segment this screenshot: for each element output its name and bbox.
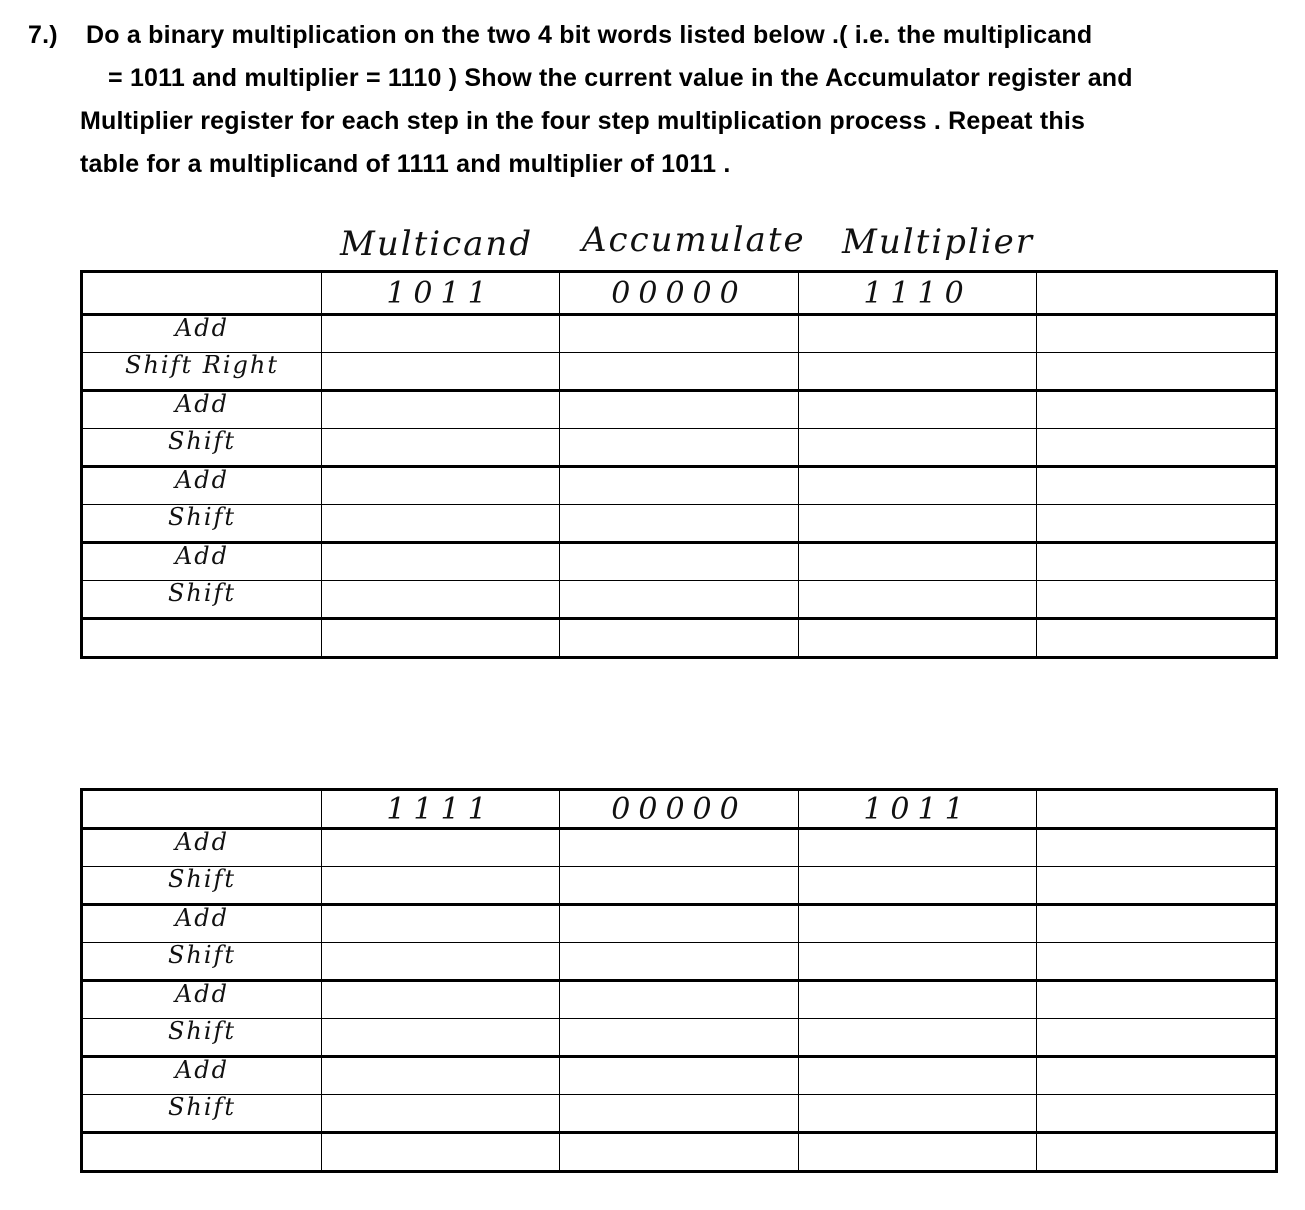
multiplicand-cell[interactable] — [322, 467, 560, 505]
multiplier-cell[interactable] — [799, 353, 1037, 391]
step-cell[interactable]: Add — [82, 829, 322, 867]
multiplier-cell[interactable] — [799, 1019, 1037, 1057]
extra-cell[interactable] — [1037, 867, 1277, 905]
multiplicand-cell[interactable] — [322, 429, 560, 467]
multiplier-cell[interactable] — [799, 905, 1037, 943]
accumulator-cell[interactable] — [560, 829, 799, 867]
table-row: Add — [82, 1057, 1277, 1095]
multiplier-cell[interactable] — [799, 981, 1037, 1019]
extra-cell[interactable] — [1037, 315, 1277, 353]
accumulator-cell[interactable] — [560, 981, 799, 1019]
table-row: Add — [82, 467, 1277, 505]
table-row-initial: 1111 00000 1011 — [82, 790, 1277, 829]
step-cell[interactable]: Shift — [82, 943, 322, 981]
multiplicand-cell[interactable] — [322, 867, 560, 905]
table-row: Shift — [82, 1019, 1277, 1057]
multiplicand-cell[interactable] — [322, 619, 560, 658]
step-cell[interactable] — [82, 1133, 322, 1172]
multiplier-cell[interactable] — [799, 581, 1037, 619]
step-cell[interactable]: Add — [82, 543, 322, 581]
extra-cell[interactable] — [1037, 1095, 1277, 1133]
step-cell[interactable]: Add — [82, 905, 322, 943]
step-cell[interactable]: Add — [82, 981, 322, 1019]
accumulator-cell[interactable] — [560, 943, 799, 981]
accumulator-cell[interactable] — [560, 1019, 799, 1057]
multiplier-cell[interactable]: 1110 — [799, 272, 1037, 315]
table-row — [82, 619, 1277, 658]
table-row: Shift Right — [82, 353, 1277, 391]
multiplicand-cell[interactable] — [322, 353, 560, 391]
step-label: Shift — [168, 865, 236, 893]
extra-cell[interactable] — [1037, 272, 1277, 315]
accumulator-cell[interactable] — [560, 467, 799, 505]
step-cell[interactable]: Add — [82, 391, 322, 429]
multiplier-cell[interactable] — [799, 429, 1037, 467]
step-label: Shift — [168, 427, 236, 455]
step-label: Add — [175, 466, 229, 494]
multiplicand-cell[interactable] — [322, 1057, 560, 1095]
step-label: Add — [175, 904, 229, 932]
extra-cell[interactable] — [1037, 467, 1277, 505]
multiplicand-cell[interactable] — [322, 905, 560, 943]
step-label: Add — [175, 390, 229, 418]
step-label: Add — [175, 542, 229, 570]
question-line-3: Multiplier register for each step in the… — [80, 100, 1085, 143]
extra-cell[interactable] — [1037, 353, 1277, 391]
multiplier-cell[interactable] — [799, 1057, 1037, 1095]
question-line-1: Do a binary multiplication on the two 4 … — [86, 14, 1092, 57]
extra-cell[interactable] — [1037, 391, 1277, 429]
step-label: Add — [175, 1056, 229, 1084]
multiplicand-cell[interactable] — [322, 581, 560, 619]
multiplier-cell[interactable] — [799, 391, 1037, 429]
accumulator-cell[interactable] — [560, 1133, 799, 1172]
accumulator-cell[interactable]: 00000 — [560, 790, 799, 829]
step-cell[interactable] — [82, 790, 322, 829]
accumulator-cell[interactable] — [560, 429, 799, 467]
extra-cell[interactable] — [1037, 981, 1277, 1019]
step-label: Add — [175, 314, 229, 342]
multiplicand-cell[interactable] — [322, 1095, 560, 1133]
multiplicand-cell[interactable] — [322, 981, 560, 1019]
table-row: Shift — [82, 429, 1277, 467]
multiplier-cell[interactable] — [799, 315, 1037, 353]
accumulator-cell[interactable] — [560, 505, 799, 543]
step-cell[interactable]: Add — [82, 315, 322, 353]
accumulator-cell[interactable]: 00000 — [560, 272, 799, 315]
step-cell[interactable] — [82, 619, 322, 658]
multiplicand-cell[interactable]: 1111 — [322, 790, 560, 829]
accumulator-cell[interactable] — [560, 353, 799, 391]
table-row: Shift — [82, 1095, 1277, 1133]
multiplier-cell[interactable] — [799, 943, 1037, 981]
accumulator-cell[interactable] — [560, 1095, 799, 1133]
step-cell[interactable]: Shift — [82, 1019, 322, 1057]
multiplicand-cell[interactable] — [322, 943, 560, 981]
multiplicand-cell[interactable] — [322, 1019, 560, 1057]
table-row: Add — [82, 905, 1277, 943]
multiplicand-cell[interactable] — [322, 829, 560, 867]
step-label: Shift — [168, 1017, 236, 1045]
step-cell[interactable]: Shift — [82, 429, 322, 467]
accumulator-cell[interactable] — [560, 391, 799, 429]
extra-cell[interactable] — [1037, 1019, 1277, 1057]
extra-cell[interactable] — [1037, 581, 1277, 619]
step-label: Shift — [168, 1093, 236, 1121]
multiplicand-cell[interactable] — [322, 315, 560, 353]
table-row-initial: 1011 00000 1110 — [82, 272, 1277, 315]
table-row: Shift — [82, 867, 1277, 905]
table-row: Add — [82, 315, 1277, 353]
step-cell[interactable] — [82, 272, 322, 315]
table-row: Add — [82, 391, 1277, 429]
step-cell[interactable]: Shift Right — [82, 353, 322, 391]
extra-cell[interactable] — [1037, 505, 1277, 543]
accumulator-cell[interactable] — [560, 543, 799, 581]
accumulator-cell[interactable] — [560, 315, 799, 353]
multiplier-cell[interactable] — [799, 829, 1037, 867]
multiplier-cell[interactable] — [799, 467, 1037, 505]
step-cell[interactable]: Shift — [82, 1095, 322, 1133]
extra-cell[interactable] — [1037, 790, 1277, 829]
column-header-multiplicand: Multicand — [340, 224, 533, 264]
question-number: 7.) — [28, 14, 58, 57]
extra-cell[interactable] — [1037, 543, 1277, 581]
multiplicand-cell[interactable]: 1011 — [322, 272, 560, 315]
step-label: Add — [175, 980, 229, 1008]
step-label: Add — [175, 828, 229, 856]
step-cell[interactable]: Add — [82, 1057, 322, 1095]
extra-cell[interactable] — [1037, 1133, 1277, 1172]
step-cell[interactable]: Shift — [82, 581, 322, 619]
extra-cell[interactable] — [1037, 619, 1277, 658]
question-line-4: table for a multiplicand of 1111 and mul… — [80, 143, 730, 186]
table-row: Add — [82, 829, 1277, 867]
multiplicand-cell[interactable] — [322, 543, 560, 581]
step-label: Shift — [168, 941, 236, 969]
register-table-2: 1111 00000 1011 AddShiftAddShiftAddShift… — [80, 788, 1278, 1173]
column-header-accumulator: Accumulate — [582, 220, 806, 260]
table-row: Shift — [82, 581, 1277, 619]
accumulator-cell[interactable] — [560, 581, 799, 619]
step-cell[interactable]: Add — [82, 467, 322, 505]
extra-cell[interactable] — [1037, 1057, 1277, 1095]
extra-cell[interactable] — [1037, 429, 1277, 467]
step-label: Shift — [168, 579, 236, 607]
column-header-multiplier: Multiplier — [842, 222, 1034, 262]
accumulator-cell[interactable] — [560, 867, 799, 905]
extra-cell[interactable] — [1037, 829, 1277, 867]
step-cell[interactable]: Shift — [82, 867, 322, 905]
step-cell[interactable]: Shift — [82, 505, 322, 543]
extra-cell[interactable] — [1037, 905, 1277, 943]
table-row — [82, 1133, 1277, 1172]
multiplier-cell[interactable] — [799, 543, 1037, 581]
step-label: Shift Right — [125, 351, 279, 379]
multiplicand-cell[interactable] — [322, 505, 560, 543]
multiplier-cell[interactable] — [799, 505, 1037, 543]
multiplier-cell[interactable] — [799, 867, 1037, 905]
accumulator-cell[interactable] — [560, 905, 799, 943]
accumulator-cell[interactable] — [560, 1057, 799, 1095]
extra-cell[interactable] — [1037, 943, 1277, 981]
accumulator-cell[interactable] — [560, 619, 799, 658]
question-line-2: = 1011 and multiplier = 1110 ) Show the … — [108, 57, 1133, 100]
register-table-1: 1011 00000 1110 AddShift RightAddShiftAd… — [80, 270, 1278, 659]
multiplicand-cell[interactable] — [322, 1133, 560, 1172]
multiplicand-cell[interactable] — [322, 391, 560, 429]
table-row: Shift — [82, 505, 1277, 543]
table-row: Shift — [82, 943, 1277, 981]
multiplier-cell[interactable] — [799, 1095, 1037, 1133]
table-row: Add — [82, 543, 1277, 581]
table-row: Add — [82, 981, 1277, 1019]
multiplier-cell[interactable] — [799, 1133, 1037, 1172]
multiplier-cell[interactable] — [799, 619, 1037, 658]
step-label: Shift — [168, 503, 236, 531]
multiplier-cell[interactable]: 1011 — [799, 790, 1037, 829]
